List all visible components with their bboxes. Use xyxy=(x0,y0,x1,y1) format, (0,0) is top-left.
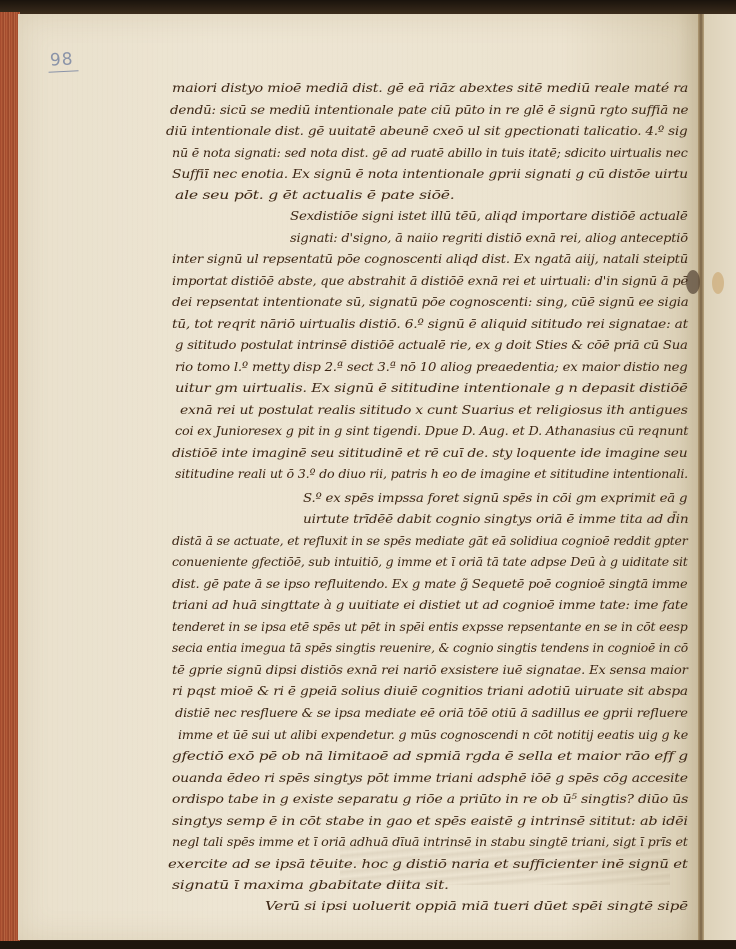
manuscript-line: distā ā se actuate, et refluxit in se sp… xyxy=(172,533,688,548)
ink-stain xyxy=(686,270,700,294)
paragraph-start-line: Verū si ipsi uoluerit oppiā miā tueri dū… xyxy=(265,898,688,913)
manuscript-line: coi ex Junioresex g pit in g sint tigend… xyxy=(175,423,688,438)
manuscript-line: exnā rei ut postulat realis sititudo x c… xyxy=(180,402,688,417)
manuscript-line: dendū: sicū se mediū intentionale pate c… xyxy=(170,102,688,117)
manuscript-line: Suffiī nec enotia. Ex signū ē nota inten… xyxy=(172,166,688,181)
book-top-shadow xyxy=(0,0,736,14)
manuscript-line: distiē nec resfluere & se ipsa mediate e… xyxy=(175,705,688,720)
manuscript-line: tē gprie signū dipsi distiōs exnā rei na… xyxy=(172,662,688,677)
manuscript-line: ale seu pōt. g ēt actualis ē pate siōē. xyxy=(175,187,455,202)
manuscript-line: rio tomo l.º metty disp 2.ª sect 3.ª nō … xyxy=(175,359,688,374)
manuscript-line: signatū ī maxima gbabitate diita sit. xyxy=(172,877,449,892)
paragraph-start-line: Sexdistiōe signi istet illū tēū, aliqd i… xyxy=(290,208,688,223)
manuscript-line: uitur gm uirtualis. Ex signū ē sititudin… xyxy=(175,380,688,395)
offset-stain xyxy=(712,272,724,294)
manuscript-line: imme et ūē sui ut alibi expendetur. g mū… xyxy=(178,727,688,742)
paragraph-start-line: signati: d'signo, ā naiio regriti distiō… xyxy=(290,230,688,245)
manuscript-line: importat distiōē abste, que abstrahit ā … xyxy=(172,273,688,288)
manuscript-line: g sititudo postulat intrinsē distiōē act… xyxy=(175,337,688,352)
manuscript-line: conueniente gfectiōē, sub intuitiō, g im… xyxy=(172,554,688,569)
manuscript-line: gfectiō exō pē ob nā limitaoē ad spmiā r… xyxy=(172,748,688,763)
facing-page-edge xyxy=(704,14,736,940)
manuscript-line: ouanda ēdeo ri spēs singtys pōt imme tri… xyxy=(172,770,688,785)
manuscript-line: secia entia imegua tā spēs singtis reuen… xyxy=(172,640,688,655)
manuscript-line: inter signū ul repsentatū pōe cognoscent… xyxy=(172,251,688,266)
manuscript-line: sititudine reali ut ō 3.º do diuo rii, p… xyxy=(175,466,688,481)
manuscript-line: ordispo tabe in g existe separatu g riōe… xyxy=(172,791,688,806)
paragraph-start-line: uirtute trīdēē dabit cognio singtys oriā… xyxy=(303,511,688,526)
page-block-red-edge xyxy=(0,12,20,942)
manuscript-line: tenderet in se ipsa etē spēs ut pēt in s… xyxy=(172,619,688,634)
book-bottom-shadow xyxy=(0,941,736,949)
paragraph-start-line: S.º ex spēs impssa foret signū spēs in c… xyxy=(303,490,687,505)
manuscript-line: maiori distyo mioē mediā dist. gē eā riā… xyxy=(172,80,688,95)
manuscript-line: distiōē inte imaginē seu sititudinē et r… xyxy=(172,445,687,460)
manuscript-line: singtys semp ē in cōt stabe in gao et sp… xyxy=(172,813,688,828)
manuscript-line: nū ē nota signati: sed nota dist. gē ad … xyxy=(172,145,688,160)
manuscript-line: triani ad huā singttate à g uuitiate ei … xyxy=(172,597,688,612)
manuscript-line: dei repsentat intentionate sū, signatū p… xyxy=(172,294,689,309)
manuscript-line: diū intentionale dist. gē uuitatē abeunē… xyxy=(166,123,687,138)
manuscript-line: tū, tot reqrit nāriō uirtualis distiō. 6… xyxy=(172,316,688,331)
manuscript-line: dist. gē pate ā se ipso refluitendo. Ex … xyxy=(172,576,687,591)
manuscript-line: ri pqst mioē & ri ē gpeiā solius diuiē c… xyxy=(172,683,688,698)
manuscript-line: negl tali spēs imme et ī oriā adhuā dīuā… xyxy=(172,834,688,849)
pencil-folio-number: 98 xyxy=(47,49,78,73)
manuscript-line: exercite ad se ipsā tēuite. hoc g distiō… xyxy=(168,856,688,871)
